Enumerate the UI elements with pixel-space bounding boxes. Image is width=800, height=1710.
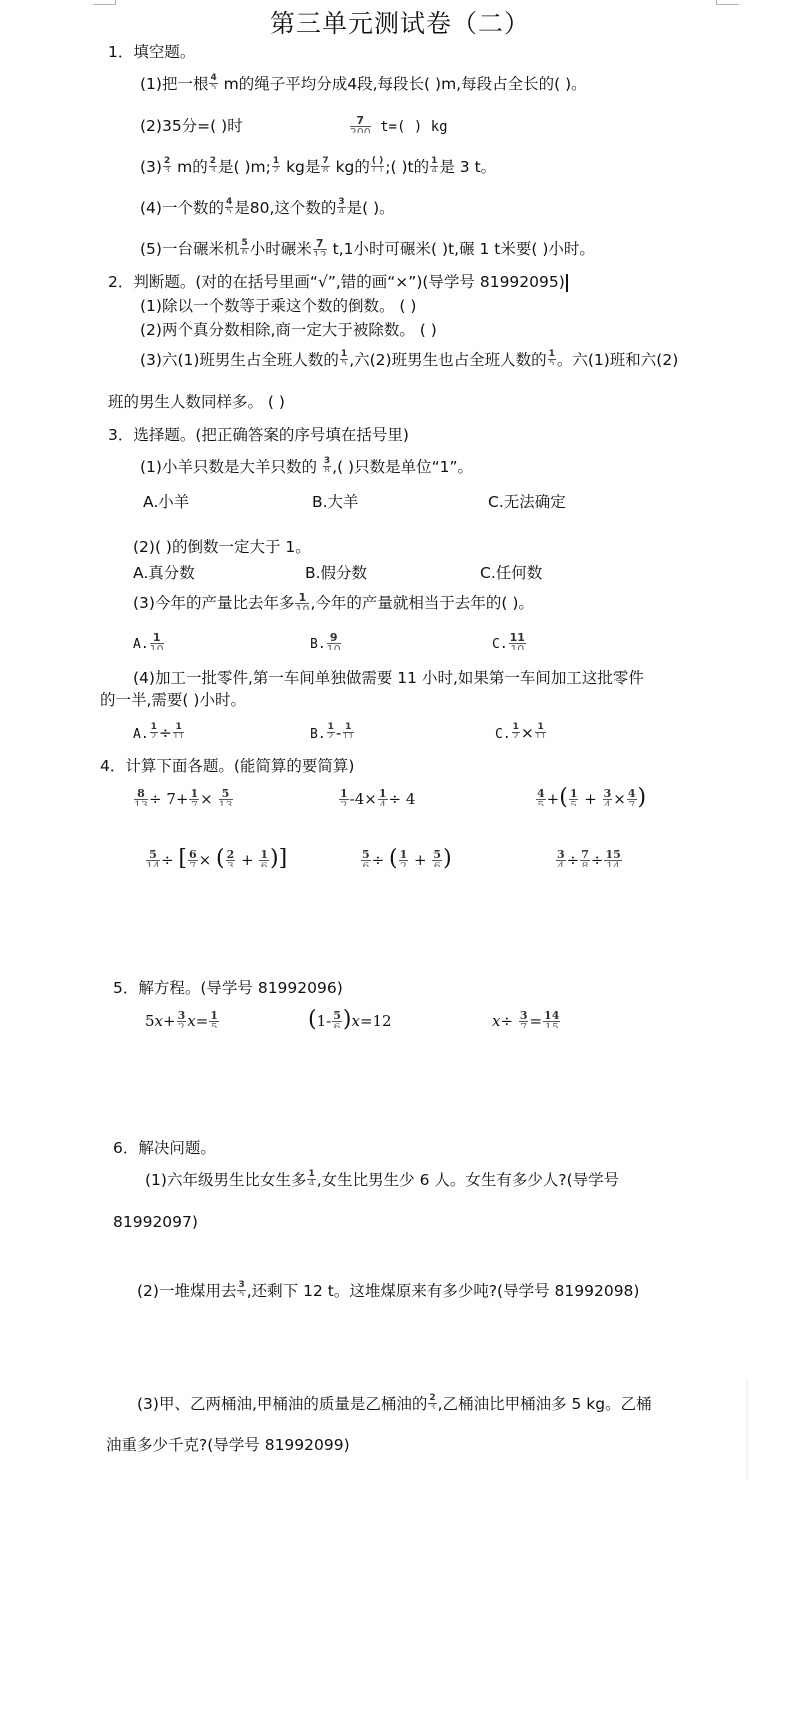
question-2-3-continued: 班的男生人数同样多。 ( ) [108,392,285,412]
option-a: A.真分数 [133,561,195,583]
section-heading-fill-blank: 1．填空题。 [108,42,195,62]
question-3-2: (2)( )的倒数一定大于 1。 [133,537,311,557]
section-heading-true-false: 2．判断题。(对的在括号里画“√”,错的画“×”)(导学号 81992095) [108,272,568,292]
document-page: 第三单元测试卷（二） 1．填空题。 (1)把一根45 m的绳子平均分成4段,每段… [0,0,800,1710]
fraction: 45 [209,74,217,89]
calc-expression-4: 514÷ [67× (23 + 16)] [145,850,287,871]
section-heading-word-problems: 6．解决问题。 [113,1138,216,1158]
section-heading-equations: 5．解方程。(导学号 81992096) [113,978,343,998]
question-1-5: (5)一台碾米机56小时碾米712 t,1小时可碾米( )t,碾 1 t米要( … [140,239,595,259]
option-c: C.任何数 [480,561,542,583]
text-cursor [566,274,568,292]
question-3-3: (3)今年的产量比去年多110,今年的产量就相当于去年的( )。 [133,593,534,613]
text: (1)把一根 [140,75,208,93]
question-3-1: (1)小羊只数是大羊只数的 38,( )只数是单位“1”。 [140,457,473,477]
option-c: C.12×111 [495,724,547,742]
question-2-3: (3)六(1)班男生占全班人数的15,六(2)班男生也占全班人数的15。六(1)… [140,350,678,370]
option-c: C.1110 [492,634,527,653]
option-c: C.无法确定 [488,490,566,512]
question-1-4: (4)一个数的45是80,这个数的34是( )。 [140,198,395,218]
option-b: B.大羊 [312,490,359,512]
option-a: A.12÷111 [133,724,185,742]
calc-expression-1: 813÷ 7+17× 513 [133,789,234,809]
calc-expression-2: 12-4×14÷ 4 [338,789,415,809]
page-title: 第三单元测试卷（二） [0,4,800,40]
text: m的绳子平均分成4段,每段长( )m,每段占全长的( )。 [219,75,587,93]
calc-expression-5: 56÷ (12 + 56) [360,850,452,871]
option-a: A.110 [133,634,165,653]
section-heading-multiple-choice: 3．选择题。(把正确答案的序号填在括号里) [108,425,409,445]
question-2-2: (2)两个真分数相除,商一定大于被除数。 ( ) [140,320,437,340]
question-3-4: (4)加工一批零件,第一车间单独做需要 11 小时,如果第一车间加工这批零件 [133,668,644,688]
question-1-2: (2)35分=( )时7200 t=( ) kg [140,116,448,137]
question-6-2: (2)一堆煤用去35,还剩下 12 t。这堆煤原来有多少吨?(导学号 81992… [137,1281,639,1301]
question-2-1: (1)除以一个数等于乘这个数的倒数。 ( ) [140,296,416,316]
text: (2)35分=( )时 [140,117,243,135]
option-b: B.假分数 [305,561,367,583]
option-b: B.910 [310,634,342,653]
equation-1: 5x+32x=15 [145,1011,220,1031]
option-a: A.小羊 [143,490,189,512]
calc-expression-6: 34÷78÷1514 [555,850,623,870]
question-6-1-continued: 81992097) [113,1212,198,1232]
page-edge-shadow [746,1380,748,1480]
question-3-4-continued: 的一半,需要( )小时。 [100,690,246,710]
section-heading-calculation: 4．计算下面各题。(能简算的要简算) [100,756,354,776]
option-b: B.12-111 [310,724,355,742]
question-1-1: (1)把一根45 m的绳子平均分成4段,每段长( )m,每段占全长的( )。 [140,74,587,94]
fraction: 7200 [350,115,371,133]
question-6-3-continued: 油重多少千克?(导学号 81992099) [106,1435,350,1455]
equation-3: x÷ 37=1415 [492,1011,561,1031]
question-1-3: (3)23 m的23是( )m;12 kg是78 kg的( )( );( )t的… [140,157,496,177]
equation-2: (1-56)x=12 [308,1011,392,1032]
calc-expression-3: 45+(15 + 34×47) [535,789,646,810]
text: t=( ) kg [372,119,448,135]
question-6-1: (1)六年级男生比女生多14,女生比男生少 6 人。女生有多少人?(导学号 [145,1170,619,1190]
question-6-3: (3)甲、乙两桶油,甲桶油的质量是乙桶油的23,乙桶油比甲桶油多 5 kg。乙桶 [137,1394,652,1414]
